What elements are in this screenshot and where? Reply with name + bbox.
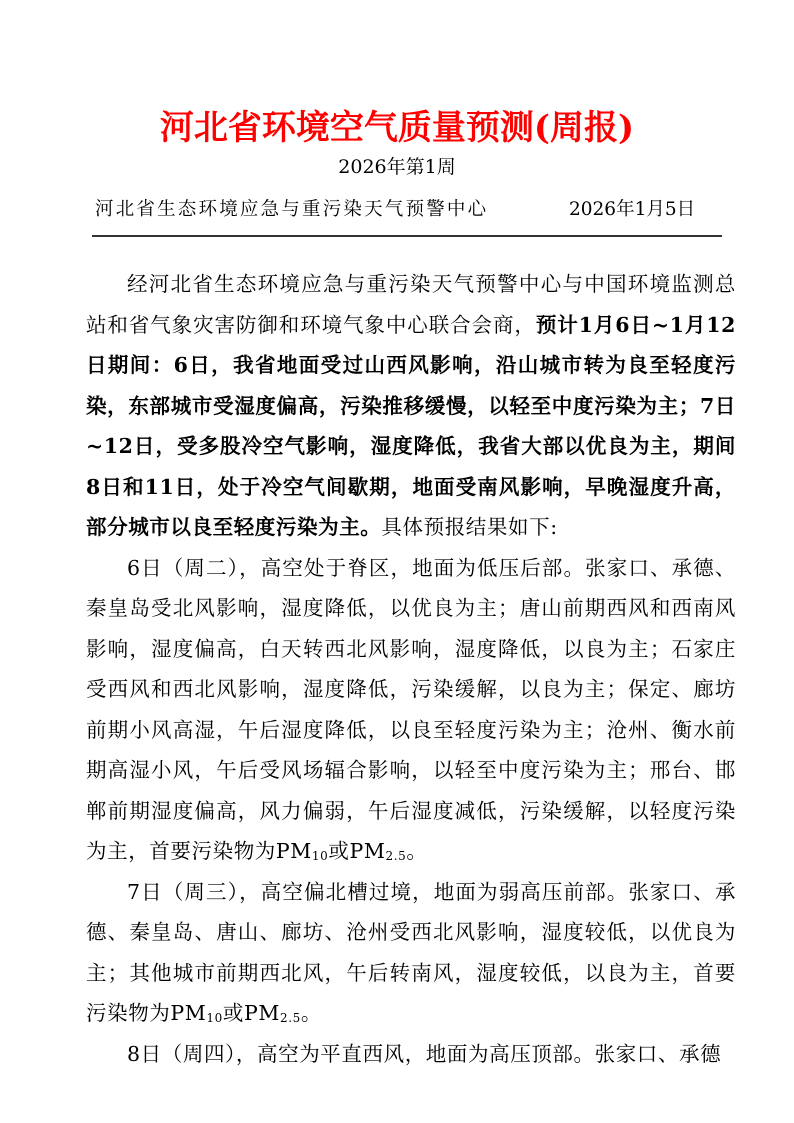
document-page: 河北省环境空气质量预测(周报) 2026年第1周 河北省生态环境应急与重污染天气… [0, 0, 794, 1123]
header-divider [92, 235, 722, 237]
issue-date: 2026年1月5日 [569, 196, 695, 224]
pollutant-pm10: PM10 [276, 839, 328, 863]
summary-paragraph: 经河北省生态环境应急与重污染天气预警中心与中国环境监测总站和省气象灾害防御和环境… [86, 264, 736, 548]
day-forecast-paragraph: 6日（周二），高空处于脊区，地面为低压后部。张家口、承德、秦皇岛受北风影响，湿度… [86, 548, 736, 872]
pollutant-pm10: PM10 [170, 1001, 222, 1025]
report-title: 河北省环境空气质量预测(周报) [0, 106, 794, 150]
report-body: 经河北省生态环境应急与重污染天气预警中心与中国环境监测总站和省气象灾害防御和环境… [86, 264, 736, 1074]
day-forecast-paragraph: 7日（周三），高空偏北槽过境，地面为弱高压前部。张家口、承德、秦皇岛、唐山、廊坊… [86, 872, 736, 1034]
issuer-name: 河北省生态环境应急与重污染天气预警中心 [95, 196, 488, 224]
pollutant-pm25: PM2.5 [349, 839, 406, 863]
day-forecast-text: 8日（周四），高空为平直西风，地面为高压顶部。张家口、承德 [127, 1042, 721, 1066]
summary-forecast-highlight: 预计1月6日~1月12日期间：6日，我省地面受过山西风影响，沿山城市转为良至轻度… [86, 313, 736, 540]
summary-outro: 具体预报结果如下: [381, 515, 557, 539]
issuer-line: 河北省生态环境应急与重污染天气预警中心 2026年1月5日 [95, 196, 712, 224]
issue-number: 2026年第1周 [0, 154, 794, 180]
day-forecast-text: 6日（周二），高空处于脊区，地面为低压后部。张家口、承德、秦皇岛受北风影响，湿度… [86, 556, 736, 864]
pollutant-pm25: PM2.5 [244, 1001, 301, 1025]
day-forecast-paragraph: 8日（周四），高空为平直西风，地面为高压顶部。张家口、承德 [86, 1034, 736, 1075]
